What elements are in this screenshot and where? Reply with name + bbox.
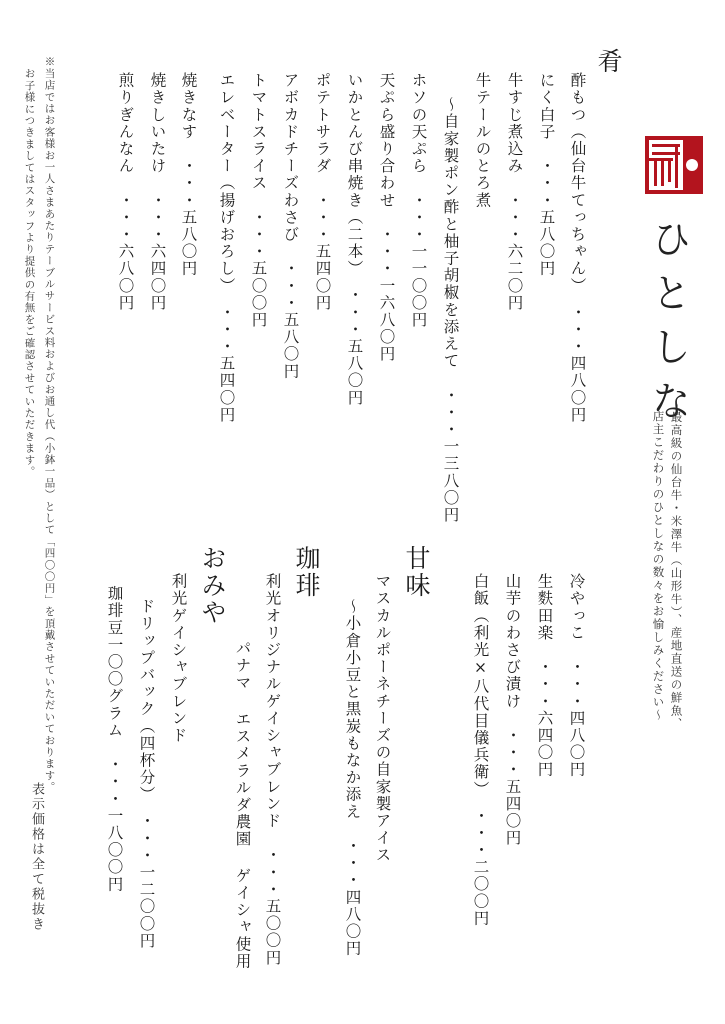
menu-item: 珈琲豆一〇〇グラム ・・・一八〇〇円 [106,585,122,893]
menu-item-desc: 〜小倉小豆と黒炭もなか添え ・・・四八〇円 [344,598,360,957]
menu-item: エレベーター（揚げおろし） ・・・五四〇円 [218,72,234,423]
menu-item: にく白子 ・・・五八〇円 [538,72,554,277]
brand-tagline-1: 〜最高級の仙台牛・米澤牛（山形牛）、産地直送の鮮魚、 [670,398,682,730]
menu-item: トマトスライス ・・・五〇〇円 [250,72,266,329]
menu-item: 山芋のわさび漬け ・・・五四〇円 [504,573,520,847]
menu-item: 牛すじ煮込み ・・・六二〇円 [506,72,522,311]
menu-item: 牛テールのとろ煮 [474,72,490,209]
menu-item: 天ぷら盛り合わせ ・・・一六八〇円 [378,72,394,363]
menu-item: 酢もつ（仙台牛てっちゃん） ・・・四八〇円 [569,72,585,423]
menu-item: ホソの天ぷら ・・・一一〇〇円 [410,72,426,329]
section-title-omiya: おみや [200,545,225,626]
menu-item: 生麩田楽 ・・・六四〇円 [536,573,552,778]
menu-item: 白飯（利光×八代目儀兵衛） ・・・二〇〇円 [472,573,488,927]
menu-item-desc: 〜自家製ポン酢と柚子胡椒を添えて ・・・一三八〇円 [442,96,458,524]
section-title-sakana: 肴 [596,48,621,75]
logo-icon [645,136,703,194]
section-title-amami: 甘味 [404,545,429,599]
menu-item: アボカドチーズわさび ・・・五八〇円 [282,72,298,380]
menu-item: ポテトサラダ ・・・五四〇円 [314,72,330,311]
menu-item: ドリップバック（四杯分） ・・・一二〇〇円 [138,598,154,949]
menu-item-desc: パナマ エスメラルダ農園 ゲイシャ使用 [234,640,250,970]
tax-note: 表示価格は全て税抜き [30,782,43,932]
menu-item: 冷やっこ ・・・四八〇円 [568,573,584,778]
menu-item: 焼きなす ・・・五八〇円 [180,72,196,277]
menu-item: 焼きしいたけ ・・・六四〇円 [149,72,165,311]
menu-item: 煎りぎんなん ・・・六八〇円 [117,72,133,311]
children-note: お子様につきましてはスタッフより提供の有無をご確認させていただきます。 [24,68,35,478]
section-title-coffee: 珈琲 [294,545,319,599]
menu-item: 利光ゲイシャブレンド [170,573,186,744]
menu-item: マスカルポーネチーズの自家製アイス [374,573,390,864]
menu-item: いかとんび串焼き（二本） ・・・五八〇円 [346,72,362,406]
menu-item: 利光オリジナルゲイシャブレンド ・・・五〇〇円 [264,573,280,966]
brand-tagline-2: 店主こだわりのひとしなの数々をお愉しみください〜 [652,410,664,722]
service-charge-note: ※当店ではお客様お一人さまあたりテーブルサービス料およびお通し代（小鉢一品）とし… [44,56,55,793]
